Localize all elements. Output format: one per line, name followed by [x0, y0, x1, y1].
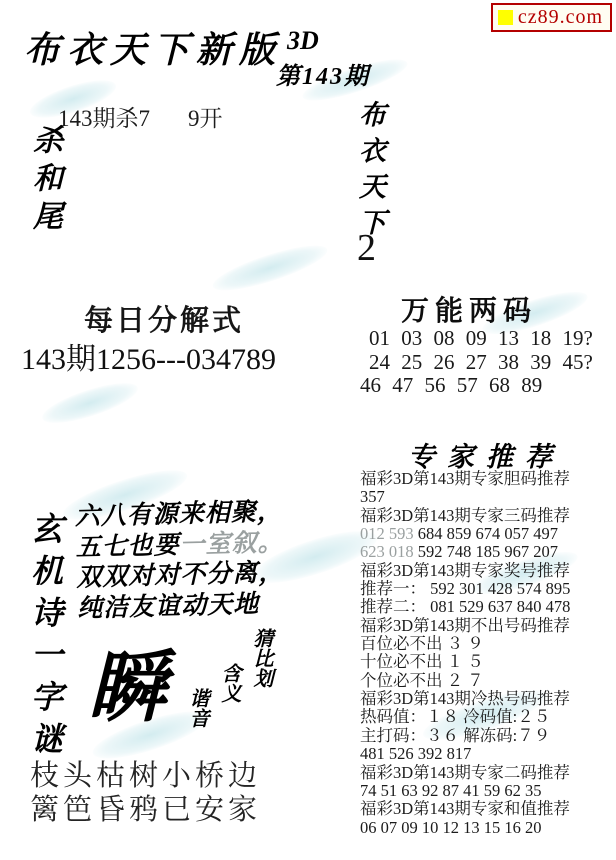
- lengre-header: 福彩3D第143期冷热号码推荐: [360, 690, 614, 708]
- hint-meaning: 含义: [215, 663, 244, 728]
- units-excluded: 个位必不出 ２ ７: [360, 672, 614, 690]
- couplet-line: 枝头枯树小桥边: [30, 759, 261, 793]
- sanma-faded-groups: 012 593: [360, 524, 414, 543]
- group-codes: 481 526 392 817: [360, 745, 614, 763]
- open-number: 9开: [188, 100, 223, 133]
- main-unfreeze-codes: 主打码：３６ 解冻码:７９: [360, 727, 614, 745]
- dan-header: 福彩3D第143期专家胆码推荐: [360, 470, 614, 488]
- erma-codes: 74 51 63 92 87 41 59 62 35: [360, 782, 614, 800]
- dan-codes: 357: [360, 488, 614, 506]
- buyi-tianxia-3d-sheet: cz89.com 布衣天下新版 3D 第143期 143期杀7 9开 杀和尾 布…: [0, 0, 616, 860]
- buyi-tianxia-number: 2: [357, 226, 376, 270]
- poem-line: 纯洁友谊动天地: [77, 589, 286, 625]
- poem-line-main: 五七也要: [75, 532, 180, 562]
- watermark-blob: [209, 237, 331, 299]
- riddle-character: 瞬: [88, 648, 166, 728]
- sanma-row-2: 623 018 592 748 185 967 207: [360, 543, 614, 561]
- buyi-tianxia-label: 布衣天下: [351, 100, 390, 244]
- erma-header: 福彩3D第143期专家二码推荐: [360, 764, 614, 782]
- edition-label: 3D: [287, 26, 319, 56]
- poem-line: 双双对对不分离，: [76, 558, 285, 594]
- buchu-header: 福彩3D第143期不出号码推荐: [360, 617, 614, 635]
- poem-line: 六八有源来相聚，: [74, 497, 283, 533]
- hundreds-excluded: 百位必不出 ３ ９: [360, 635, 614, 653]
- kill-number: 143期杀7: [58, 100, 150, 133]
- daily-decompose-formula: 143期1256---034789: [21, 334, 276, 378]
- mystery-poem-riddle-label: 玄机诗一字谜: [22, 512, 68, 764]
- couplet-line: 篱笆昏鸦已安家: [30, 793, 261, 827]
- daily-decompose-title: 每日分解式: [84, 298, 244, 339]
- poem-line-faded: 一室叙。: [179, 529, 284, 559]
- tens-excluded: 十位必不出 １ ５: [360, 653, 614, 671]
- hezhi-header: 福彩3D第143期专家和值推荐: [360, 800, 614, 818]
- sanma-header: 福彩3D第143期专家三码推荐: [360, 507, 614, 525]
- sanma-row-1: 012 593 684 859 674 057 497: [360, 525, 614, 543]
- yellow-square-icon: [498, 10, 513, 25]
- sanma-faded-groups: 623 018: [360, 542, 414, 561]
- jiang-header: 福彩3D第143期专家奖号推荐: [360, 562, 614, 580]
- page-title: 布衣天下新版: [24, 22, 282, 73]
- recommend-2: 推荐二： 081 529 637 840 478: [360, 598, 614, 616]
- two-codes-row: 01 03 08 09 13 18 19?: [360, 327, 596, 351]
- recommend-1: 推荐一： 592 301 428 574 895: [360, 580, 614, 598]
- watermark-blob: [38, 375, 141, 431]
- kill-sum-tail-label: 杀和尾: [22, 124, 66, 238]
- hezhi-values: 06 07 09 10 12 13 15 16 20: [360, 819, 614, 837]
- riddle-hints: 谐音 含义 猜比划: [183, 628, 276, 728]
- site-badge[interactable]: cz89.com: [491, 3, 612, 32]
- kill-open-line: 143期杀7 9开: [58, 100, 223, 133]
- bottom-couplet: 枝头枯树小桥边 篱笆昏鸦已安家: [30, 759, 261, 827]
- site-domain[interactable]: cz89.com: [518, 6, 603, 29]
- issue-label: 第143期: [276, 56, 370, 91]
- universal-two-codes-grid: 01 03 08 09 13 18 19? 24 25 26 27 38 39 …: [360, 327, 596, 398]
- hint-homophone: 谐音: [183, 688, 212, 728]
- hint-strokes: 猜比划: [247, 628, 276, 728]
- two-codes-row: 24 25 26 27 38 39 45?: [360, 351, 596, 375]
- sanma-groups: 592 748 185 967 207: [414, 542, 558, 561]
- sanma-groups: 684 859 674 057 497: [414, 524, 558, 543]
- universal-two-codes-title: 万能两码: [401, 289, 537, 329]
- hot-cold-values: 热码值：１８ 冷码值:２５: [360, 708, 614, 726]
- expert-recommend-list: 福彩3D第143期专家胆码推荐 357 福彩3D第143期专家三码推荐 012 …: [360, 470, 614, 837]
- mystery-poem: 六八有源来相聚， 五七也要一室叙。 双双对对不分离， 纯洁友谊动天地: [74, 497, 285, 624]
- two-codes-row: 46 47 56 57 68 89: [360, 374, 596, 398]
